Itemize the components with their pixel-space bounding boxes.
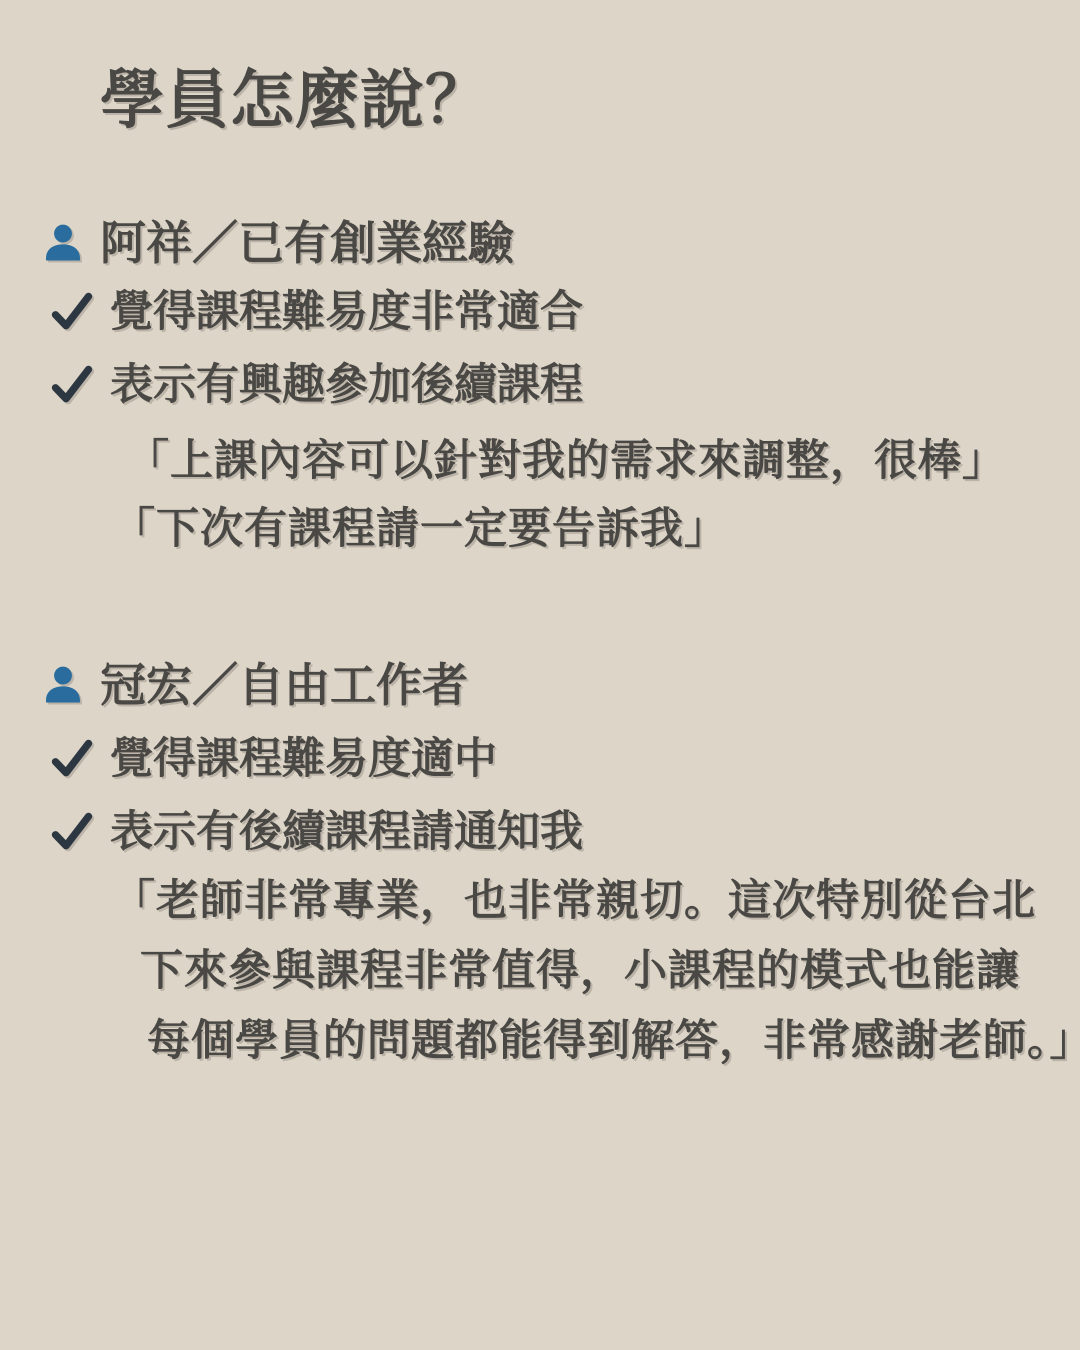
person-name: 阿祥／已有創業經驗 bbox=[100, 220, 514, 266]
testimonial-1-point: 表示有興趣參加後續課程 bbox=[50, 363, 583, 407]
check-icon bbox=[50, 363, 94, 407]
testimonial-2-point: 表示有後續課程請通知我 bbox=[50, 810, 583, 854]
quote-line: 每個學員的問題都能得到解答，非常感謝老師。」 bbox=[147, 1020, 1080, 1063]
testimonial-2-header: 冠宏／自由工作者 bbox=[42, 662, 468, 708]
testimonial-slide: 學員怎麼說？ 阿祥／已有創業經驗 覺得課程難易度非常適合 表示有興趣參加後續課程… bbox=[0, 0, 1080, 1350]
testimonial-1-header: 阿祥／已有創業經驗 bbox=[42, 220, 514, 266]
person-icon bbox=[42, 222, 84, 264]
point-text: 表示有興趣參加後續課程 bbox=[110, 364, 583, 407]
person-icon bbox=[42, 664, 84, 706]
quote-line: 「老師非常專業，也非常親切。這次特別從台北 bbox=[112, 880, 1036, 923]
point-text: 表示有後續課程請通知我 bbox=[110, 811, 583, 854]
check-icon bbox=[50, 290, 94, 334]
testimonial-1-point: 覺得課程難易度非常適合 bbox=[50, 290, 583, 334]
person-name: 冠宏／自由工作者 bbox=[100, 662, 468, 708]
check-icon bbox=[50, 737, 94, 781]
point-text: 覺得課程難易度非常適合 bbox=[110, 291, 583, 334]
quote-line: 「下次有課程請一定要告訴我」 bbox=[112, 508, 728, 551]
point-text: 覺得課程難易度適中 bbox=[110, 738, 497, 781]
page-title: 學員怎麼說？ bbox=[100, 68, 490, 132]
check-icon bbox=[50, 810, 94, 854]
quote-line: 下來參與課程非常值得，小課程的模式也能讓 bbox=[140, 950, 1020, 993]
testimonial-2-point: 覺得課程難易度適中 bbox=[50, 737, 497, 781]
quote-line: 「上課內容可以針對我的需求來調整，很棒」 bbox=[126, 440, 1006, 483]
